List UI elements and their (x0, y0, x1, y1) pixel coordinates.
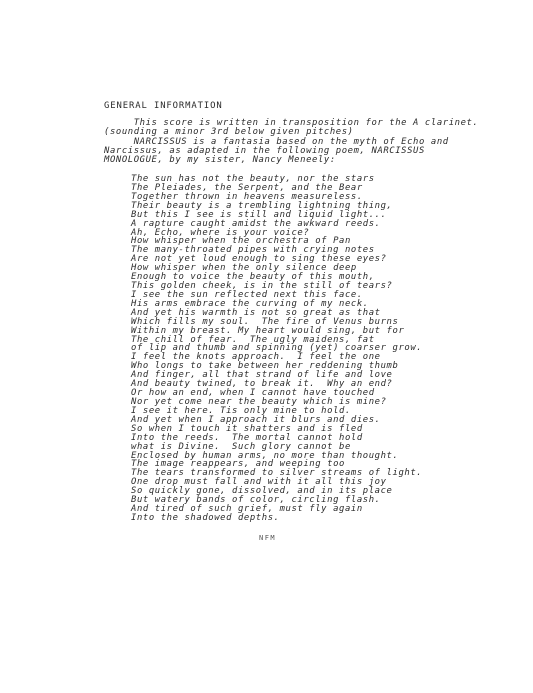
signature-initials: NFM (259, 534, 276, 542)
intro-line: (sounding a minor 3rd below given pitche… (104, 128, 354, 137)
intro-line: MONOLOGUE, by my sister, Nancy Meneely: (104, 156, 336, 165)
document-page: GENERAL INFORMATION This score is writte… (0, 0, 533, 693)
section-heading: GENERAL INFORMATION (104, 102, 223, 111)
poem-line: Into the shadowed depths. (131, 514, 280, 523)
